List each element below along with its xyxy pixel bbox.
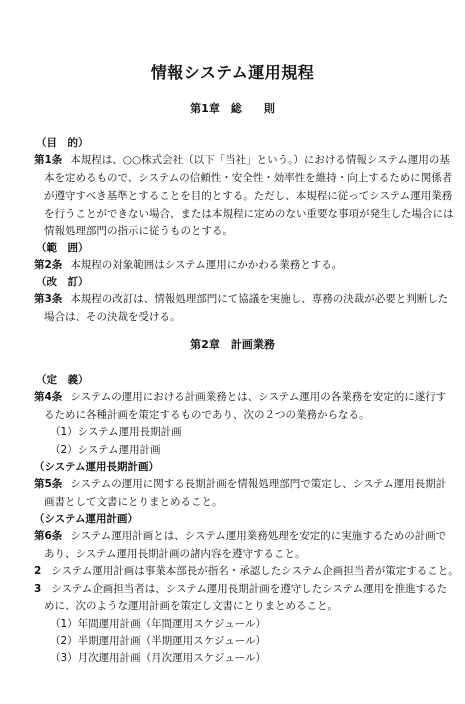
- article-3-line-1: 第3条本規程の改訂は、情報処理部門にて協議を実施し、専務の決裁が必要と判断した: [34, 292, 448, 306]
- paragraph-number: 3: [34, 583, 41, 595]
- article-text: 本規程の改訂は、情報処理部門にて協議を実施し、専務の決裁が必要と判断した: [70, 293, 448, 305]
- article-1-line-4: を行うことができない場合、または本規程に定めのない重要な事項が発生した場合には: [44, 207, 454, 221]
- article-4-line-2: るために各種計画を策定するものであり、次の２つの業務からなる。: [44, 408, 370, 422]
- article-5-line-1: 第5条システムの運用に関する長期計画を情報処理部門で策定し、システム運用長期計: [34, 477, 446, 491]
- section-heading-long-term-plan: （システム運用長期計画）: [34, 460, 159, 474]
- article-1-line-1: 第1条本規程は、○○株式会社（以下「当社」という。）における情報システム運用の基: [34, 153, 450, 167]
- article-3-label: 第3条: [34, 293, 62, 305]
- article-6-paragraph-2: 2システム運用計画は事業本部長が指名・承認したシステム企画担当者が策定すること。: [34, 564, 459, 578]
- section-heading-purpose: （目 的）: [36, 136, 89, 150]
- article-4-label: 第4条: [34, 391, 62, 403]
- article-text: システム運用計画とは、システム運用業務処理を安定的に実施するための計画で: [70, 530, 446, 542]
- paragraph-text: システム企画担当者は、システム運用長期計画を遵守したシステム運用を推進するた: [51, 583, 447, 595]
- article-text: 本規程は、○○株式会社（以下「当社」という。）における情報システム運用の基: [70, 154, 450, 166]
- document-title: 情報システム運用規程: [0, 60, 465, 83]
- section-heading-revision: （改 訂）: [36, 275, 89, 289]
- article-1-label: 第1条: [34, 154, 62, 166]
- article-4-line-1: 第4条システムの運用における計画業務とは、システム運用の各業務を安定的に遂行す: [34, 390, 446, 404]
- article-5-line-2: 画書として文書にとりまとめること。: [44, 495, 223, 509]
- document-page: 情報システム運用規程 第1章 総 則 （目 的） 第1条本規程は、○○株式会社（…: [0, 0, 465, 704]
- section-heading-scope: （範 囲）: [36, 241, 89, 255]
- article-2-label: 第2条: [34, 259, 62, 271]
- article-1-line-2: 本を定めるもので、システムの信頼性・安全性・効率性を維持・向上するために関係者: [44, 171, 452, 185]
- paragraph-number: 2: [34, 565, 41, 577]
- chapter-1-heading: 第1章 総 則: [0, 100, 465, 116]
- article-6-paragraph-3: 3システム企画担当者は、システム運用長期計画を遵守したシステム運用を推進するた: [34, 582, 447, 596]
- article-5-label: 第5条: [34, 478, 62, 490]
- chapter-2-heading: 第2章 計画業務: [0, 336, 465, 352]
- article-6-label: 第6条: [34, 530, 62, 542]
- article-1-line-5: 情報処理部門の指示に従うものとする。: [44, 224, 233, 238]
- article-text: 本規程の対象範囲はシステム運用にかかわる業務とする。: [70, 259, 342, 271]
- article-4-item-2: （2）システム運用計画: [50, 443, 161, 457]
- paragraph-text: システム運用計画は事業本部長が指名・承認したシステム企画担当者が策定すること。: [51, 565, 458, 577]
- article-3-line-2: 場合は、その決裁を受ける。: [44, 310, 181, 324]
- article-2-line-1: 第2条本規程の対象範囲はシステム運用にかかわる業務とする。: [34, 258, 342, 272]
- article-6-line-2: あり、システム運用長期計画の諸内容を遵守すること。: [44, 547, 305, 561]
- section-heading-definition: （定 義）: [36, 373, 89, 387]
- article-text: システムの運用における計画業務とは、システム運用の各業務を安定的に遂行す: [70, 391, 446, 403]
- section-heading-operation-plan: （システム運用計画）: [34, 512, 138, 526]
- article-6-item-1: （1）年間運用計画（年間運用スケジュール）: [50, 617, 266, 631]
- article-6-line-1: 第6条システム運用計画とは、システム運用業務処理を安定的に実施するための計画で: [34, 529, 446, 543]
- article-text: システムの運用に関する長期計画を情報処理部門で策定し、システム運用長期計: [70, 478, 446, 490]
- article-6-item-3: （3）月次運用計画（月次運用スケジュール）: [50, 651, 266, 665]
- article-4-item-1: （1）システム運用長期計画: [50, 425, 182, 439]
- article-6-item-2: （2）半期運用計画（半期運用スケジュール）: [50, 634, 266, 648]
- article-1-line-3: が遵守すべき基準とすることを目的とする。ただし、本規程に従ってシステム運用業務: [44, 189, 452, 203]
- article-6-paragraph-3-line-2: めに、次のような運用計画を策定し文書にとりまとめること。: [44, 599, 338, 613]
